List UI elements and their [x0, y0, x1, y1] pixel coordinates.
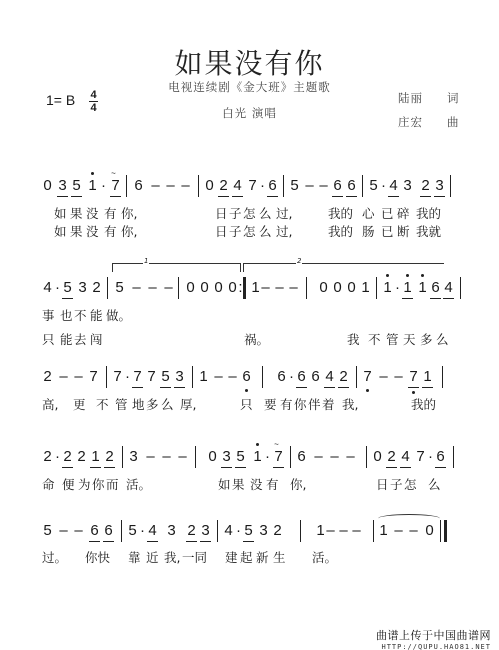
lyric-line-2: 如 果 没 有 你, 日 子 怎 么 过, 我的 肠 已 断 我就: [40, 222, 460, 240]
lyric-line-1: 事 也 不 能 做。: [40, 306, 460, 324]
notation-line: 5 – – 6 6 5 · 4 3 2 3 4 · 5 3 2 1 – – – …: [40, 520, 460, 542]
notation-line: 0 3 5 1 · 7~ 6 – – – 0 2 4 7 · 6 5 – – 6…: [40, 175, 460, 197]
watermark-url: HTTP://QUPU.HAO81.NET: [376, 643, 491, 650]
lyric-line-1: 命 便 为 你 而 活。 如 果 没 有 你, 日 子 怎 么: [40, 475, 460, 493]
composer-credit: 庄宏曲: [398, 114, 460, 130]
time-signature: 4 4: [89, 90, 98, 113]
song-title: 如果没有你: [0, 42, 499, 82]
lyricist-credit: 陆丽词: [398, 90, 460, 106]
staff-system-5: 5 – – 6 6 5 · 4 3 2 3 4 · 5 3 2 1 – – – …: [40, 520, 460, 566]
volta-bracket-1: 1: [112, 263, 241, 272]
staff-system-1: 0 3 5 1 · 7~ 6 – – – 0 2 4 7 · 6 5 – – 6…: [40, 175, 460, 240]
watermark-site-name: 曲谱上传于中国曲谱网: [376, 627, 491, 643]
lyric-line-2: 只 能 去 闯 祸。 我 不 管 天 多 么: [40, 330, 460, 348]
watermark: 曲谱上传于中国曲谱网 HTTP://QUPU.HAO81.NET: [376, 627, 491, 650]
notation-line: 2 – – 7 7 · 7 7 5 3 1 – – 6 6 · 6 6 4 2 …: [40, 366, 460, 388]
notation-line: 2 · 2 2 1 2 3 – – – 0 3 5 1 · 7~ 6 – – –…: [40, 446, 460, 468]
key-label: 1= B: [46, 92, 75, 108]
notation-line: 4 · 5 3 2 5 – – – 0 0 0 0 : 1 – – – 0 0 …: [40, 277, 460, 299]
lyric-line-1: 过。 你快 靠 近 我, 一同 建 起 新 生 活。: [40, 548, 460, 566]
volta-bracket-2: 2: [243, 263, 444, 272]
staff-system-4: 2 · 2 2 1 2 3 – – – 0 3 5 1 · 7~ 6 – – –…: [40, 446, 460, 493]
staff-system-2: 1 2 4 · 5 3 2 5 – – – 0 0 0 0 : 1 – – – …: [40, 277, 460, 348]
lyric-line-1: 如 果 没 有 你, 日 子 怎 么 过, 我的 心 已 碎 我的: [40, 204, 460, 222]
lyric-line-1: 高, 更 不 管 地 多 么 厚, 只 要 有 你 伴 着 我, 我的: [40, 395, 460, 413]
staff-system-3: 2 – – 7 7 · 7 7 5 3 1 – – 6 6 · 6 6 4 2 …: [40, 366, 460, 413]
key-signature: 1= B 4 4: [46, 90, 98, 113]
